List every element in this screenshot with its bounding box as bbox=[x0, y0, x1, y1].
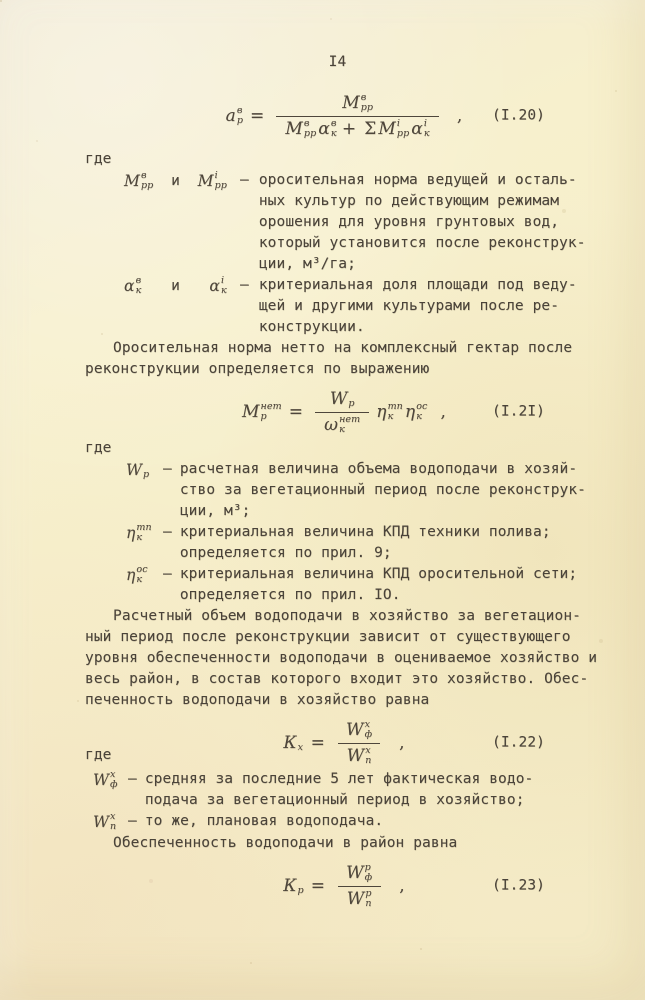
math-symbol-alpha-v-r: aвр bbox=[226, 106, 243, 127]
definition-dash: – bbox=[128, 811, 137, 832]
math-symbol-M-i-rr: Мiрр bbox=[378, 119, 409, 140]
fraction-numerator: Мврр bbox=[333, 93, 382, 116]
math-symbol-alpha-i-k: αiк bbox=[411, 119, 430, 140]
equation-1-23: Кр = Wрф Wрп , (I.23) bbox=[85, 858, 590, 914]
paragraph: Оросительная норма нетто на комплексный … bbox=[85, 338, 590, 380]
equals-sign: = bbox=[311, 876, 325, 897]
definition-dash: – bbox=[163, 459, 172, 480]
fraction-denominator: Wхп bbox=[338, 743, 381, 767]
equation-label: (I.20) bbox=[492, 106, 545, 127]
text-line: орошения для уровня грунтовых вод, bbox=[259, 212, 586, 233]
comma: , bbox=[399, 733, 405, 754]
definition-text: расчетная величина объема водоподачи в х… bbox=[180, 459, 586, 522]
equation-label: (I.2I) bbox=[492, 402, 545, 423]
fraction-numerator: Wхф bbox=[337, 720, 381, 743]
text-line: критериальная величина КПД оросительной … bbox=[180, 564, 577, 585]
definition-row-W-fact: Wхф – средняя за последние 5 лет фактиче… bbox=[85, 769, 590, 811]
math-symbol-M-v-rr: Мврр bbox=[285, 119, 316, 140]
equation-body: Кр = Wрф Wрп , bbox=[282, 863, 404, 910]
text-line: определяется по прил. 9; bbox=[180, 543, 551, 564]
math-symbol-K-x: Кх bbox=[283, 733, 303, 754]
math-symbol-eta-os-k: ηоск bbox=[405, 402, 428, 423]
definition-row-M: Мврр и Мiрр – оросительная норма ведущей… bbox=[85, 170, 590, 275]
text-line: ных культур по действующим режимам bbox=[259, 191, 586, 212]
math-symbol-W-r-f: Wрф bbox=[346, 863, 372, 884]
text-line: средняя за последние 5 лет фактическая в… bbox=[145, 769, 534, 790]
text-line: печенность водоподачи в хозяйство равна bbox=[85, 690, 590, 711]
definition-row-eta-os: ηоск – критериальная величина КПД оросит… bbox=[85, 564, 590, 606]
fraction: Wр ωнетк bbox=[315, 389, 369, 436]
definition-row-alpha: αвк и αiк – критериальная доля площади п… bbox=[85, 275, 590, 338]
fraction-denominator: Мврр αвк + Σ Мiрр αiк bbox=[276, 116, 438, 140]
definition-row-W-plan: Wхп – то же, плановая водоподача. bbox=[85, 811, 590, 833]
text-line: критериальная доля площади под веду- bbox=[259, 275, 577, 296]
math-symbol-M-v-rr: Мврр bbox=[342, 93, 373, 114]
definition-symbols: Мврр и Мiрр bbox=[123, 170, 228, 192]
text-line: критериальная величина КПД техники полив… bbox=[180, 522, 551, 543]
equation-body: aвр = Мврр Мврр αвк + Σ Мiрр αiк , bbox=[225, 93, 463, 140]
definition-symbols: Wхп bbox=[92, 811, 124, 833]
math-symbol-M-i-rr: Мiрр bbox=[198, 171, 227, 192]
definition-row-eta-tp: ηтпк – критериальная величина КПД техник… bbox=[85, 522, 590, 564]
page-content: I4 aвр = Мврр Мврр αвк + Σ Мiрр αiк bbox=[85, 0, 590, 914]
definition-dash: – bbox=[240, 275, 249, 296]
scanned-document-page: I4 aвр = Мврр Мврр αвк + Σ Мiрр αiк bbox=[0, 0, 645, 1000]
math-symbol-W-x-f: Wхф bbox=[93, 770, 118, 791]
text-line: Оросительная норма нетто на комплексный … bbox=[85, 338, 590, 359]
sigma-sum-symbol: Σ bbox=[364, 119, 376, 140]
definition-row-W: Wр – расчетная величина объема водоподач… bbox=[85, 459, 590, 522]
fraction-denominator: ωнетк bbox=[315, 412, 369, 436]
text-line: то же, плановая водоподача. bbox=[145, 811, 383, 832]
math-symbol-alpha-i-k: αiк bbox=[209, 276, 227, 297]
definition-symbols: ηоск bbox=[125, 564, 157, 586]
where-label: где bbox=[85, 745, 112, 766]
fraction-numerator: Wрф bbox=[337, 863, 381, 886]
math-symbol-eta-tp-k: ηтпк bbox=[126, 523, 152, 544]
math-symbol-eta-tp-k: ηтпк bbox=[376, 402, 403, 423]
definition-dash: – bbox=[240, 170, 249, 191]
text-line: щей и другими культурами после ре- bbox=[259, 296, 577, 317]
text-line: реконструкции определяется по выражению bbox=[85, 359, 590, 380]
equation-1-21: Мнетр = Wр ωнетк ηтпк ηоск , (I.2I) bbox=[85, 386, 590, 438]
text-line: подача за вегетационный период в хозяйст… bbox=[145, 790, 534, 811]
fraction-denominator: Wрп bbox=[338, 886, 381, 910]
fraction: Wхф Wхп bbox=[337, 720, 381, 767]
math-symbol-M-v-rr: Мврр bbox=[124, 171, 153, 192]
definition-symbols: ηтпк bbox=[125, 522, 157, 544]
text-line: уровня обеспеченности водоподачи в оцени… bbox=[85, 648, 590, 669]
math-symbol-eta-os-k: ηоск bbox=[126, 565, 148, 586]
comma: , bbox=[440, 402, 446, 423]
definition-text: средняя за последние 5 лет фактическая в… bbox=[145, 769, 534, 811]
math-symbol-alpha-v-k: αвк bbox=[124, 276, 142, 297]
where-label: где bbox=[85, 149, 590, 170]
fraction-numerator: Wр bbox=[321, 389, 364, 412]
text-line: ции, м³/га; bbox=[259, 254, 586, 275]
text-line: оросительная норма ведущей и осталь- bbox=[259, 170, 586, 191]
conjunction-and: и bbox=[171, 171, 180, 192]
math-symbol-W-x-f: Wхф bbox=[346, 720, 372, 741]
text-line: который установится после реконструк- bbox=[259, 233, 586, 254]
text-line: расчетная величина объема водоподачи в х… bbox=[180, 459, 586, 480]
fraction: Wрф Wрп bbox=[337, 863, 381, 910]
equals-sign: = bbox=[250, 106, 264, 127]
text-line: определяется по прил. IO. bbox=[180, 585, 577, 606]
equation-body: Мнетр = Wр ωнетк ηтпк ηоск , bbox=[241, 389, 446, 436]
text-line: ный период после реконструкции зависит о… bbox=[85, 627, 590, 648]
definition-dash: – bbox=[128, 769, 137, 790]
text-line: ции, м³; bbox=[180, 501, 586, 522]
text-line: Расчетный объем водоподачи в хозяйство з… bbox=[85, 606, 590, 627]
conjunction-and: и bbox=[171, 276, 180, 297]
text-line: ство за вегетационный период после рекон… bbox=[180, 480, 586, 501]
definition-dash: – bbox=[163, 522, 172, 543]
definition-dash: – bbox=[163, 564, 172, 585]
text-line: конструкции. bbox=[259, 317, 577, 338]
math-symbol-W-x-p: Wхп bbox=[347, 746, 372, 767]
fraction: Мврр Мврр αвк + Σ Мiрр αiк bbox=[276, 93, 438, 140]
equation-1-20: aвр = Мврр Мврр αвк + Σ Мiрр αiк , bbox=[85, 83, 590, 149]
definition-text: критериальная величина КПД техники полив… bbox=[180, 522, 551, 564]
math-symbol-W-r-p: Wрп bbox=[347, 889, 372, 910]
comma: , bbox=[399, 876, 405, 897]
equation-label: (I.22) bbox=[492, 733, 545, 754]
math-symbol-W-r: Wр bbox=[330, 389, 355, 410]
math-symbol-M-net-r: Мнетр bbox=[242, 402, 282, 423]
definition-symbols: Wр bbox=[125, 459, 157, 481]
equals-sign: = bbox=[289, 402, 303, 423]
definition-symbols: Wхф bbox=[92, 769, 124, 791]
equals-sign: = bbox=[311, 733, 325, 754]
comma: , bbox=[457, 106, 463, 127]
equation-body: Кх = Wхф Wхп , bbox=[282, 720, 404, 767]
definition-text: оросительная норма ведущей и осталь- ных… bbox=[259, 170, 586, 275]
math-symbol-omega-net-k: ωнетк bbox=[324, 415, 360, 436]
paragraph: Обеспеченность водоподачи в район равна bbox=[85, 833, 590, 854]
math-symbol-W-r: Wр bbox=[126, 460, 149, 481]
math-symbol-K-r: Кр bbox=[283, 876, 303, 897]
definition-text: критериальная величина КПД оросительной … bbox=[180, 564, 577, 606]
where-label: где bbox=[85, 438, 590, 459]
definition-text: то же, плановая водоподача. bbox=[145, 811, 383, 832]
math-symbol-alpha-v-k: αвк bbox=[318, 119, 337, 140]
text-line: Обеспеченность водоподачи в район равна bbox=[85, 833, 590, 854]
definition-text: критериальная доля площади под веду- щей… bbox=[259, 275, 577, 338]
plus-sign: + bbox=[342, 119, 356, 140]
equation-label: (I.23) bbox=[492, 876, 545, 897]
text-line: весь район, в состав которого входит это… bbox=[85, 669, 590, 690]
definition-symbols: αвк и αiк bbox=[123, 275, 228, 297]
page-number: I4 bbox=[85, 52, 590, 73]
paragraph: Расчетный объем водоподачи в хозяйство з… bbox=[85, 606, 590, 711]
equation-1-22: где Кх = Wхф Wхп , (I.22) bbox=[85, 717, 590, 769]
math-symbol-W-x-p: Wхп bbox=[93, 812, 116, 833]
